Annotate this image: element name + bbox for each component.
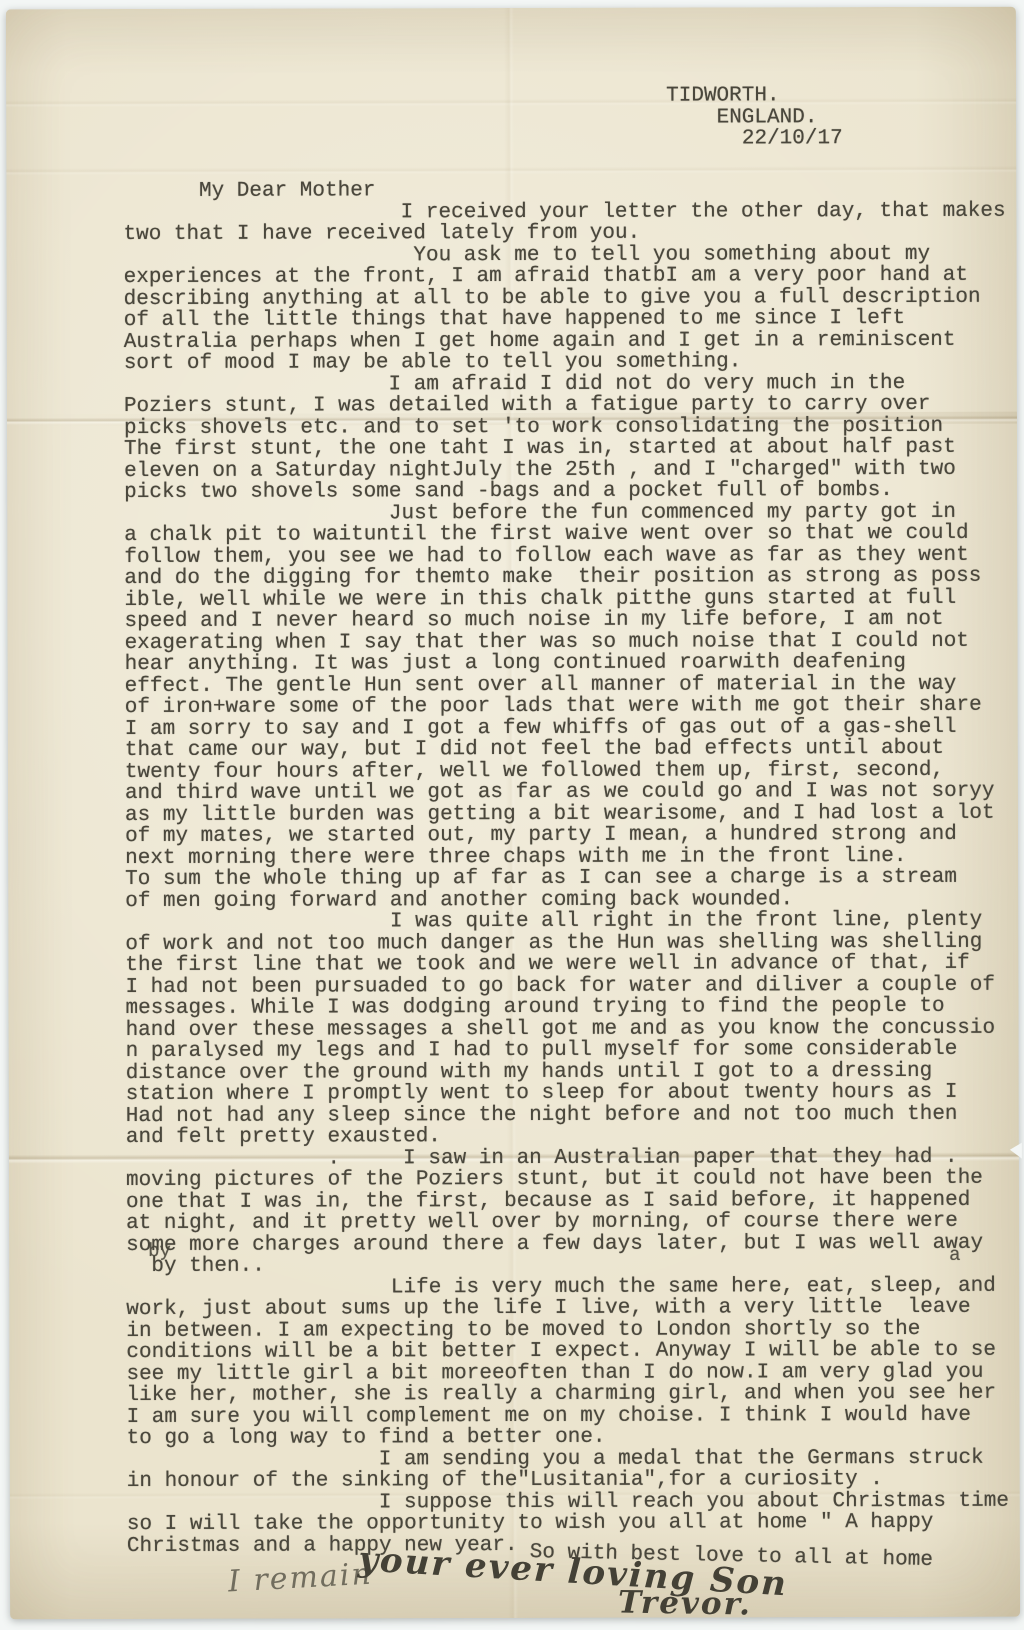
letter-line: by then.. <box>126 1254 1008 1278</box>
letter-line: conditions will be a bit better I expect… <box>126 1340 1008 1364</box>
letter-line: so I will take the opportunity to wish y… <box>127 1512 1009 1536</box>
letter-line: ENGLAND. <box>666 107 842 129</box>
letter-line: of iron+ware some of the poor lads that … <box>125 695 1007 719</box>
correction-by-overtype: by <box>148 1241 171 1263</box>
signature-trevor: Trevor. <box>618 1585 752 1623</box>
letter-line: station where I promptly went to sleep f… <box>126 1082 1008 1106</box>
letter-line: hear anything. It was just a long contin… <box>125 652 1007 676</box>
letter-line: a chalk pit to waituntil the first waive… <box>124 523 1006 547</box>
letter-line: To sum the whole thing up af far as I ca… <box>125 867 1007 891</box>
letter-line: and third wave until we got as far as we… <box>125 781 1007 805</box>
letter-line: and felt pretty exausted. <box>126 1125 1008 1149</box>
letter-line: The first stunt, the one taht I was in, … <box>124 437 1006 461</box>
letter-line: and do the digging for themto make their… <box>124 566 1006 590</box>
fold-crease-upper <box>6 163 1016 178</box>
letter-line: TIDWORTH. <box>666 85 842 107</box>
letter-page: TIDWORTH. ENGLAND. 22/10/17 My Dear Moth… <box>6 7 1020 1620</box>
letter-line: sort of mood I may be able to tell you s… <box>124 351 1006 375</box>
letter-line: Poziers stunt, I was detailed with a fat… <box>124 394 1006 418</box>
letter-line: 22/10/17 <box>666 128 842 150</box>
letter-line: I was quite all right in the front line,… <box>125 910 1007 934</box>
letter-line: at night, and it pretty well over by mor… <box>126 1211 1008 1235</box>
letter-line: My Dear Mother <box>123 179 1005 203</box>
letter-line: Had not had any sleep since the night be… <box>126 1103 1008 1127</box>
letter-line: work, just about sums up the life I live… <box>126 1297 1008 1321</box>
letter-line: two that I have received lately from you… <box>123 222 1005 246</box>
letter-line: in honour of the sinking of the"Lusitani… <box>127 1469 1009 1493</box>
scan-background: { "letter": { "header_lines": [ "TIDWORT… <box>0 0 1024 1630</box>
letter-line: that came our way, but I did not feel th… <box>125 738 1007 762</box>
letter-line: Australia perhaps when I get home again … <box>124 329 1006 353</box>
letter-line: messages. While I was dodging around try… <box>125 996 1007 1020</box>
fold-crease-top <box>6 95 1016 110</box>
letter-line: picks two shovels some sand -bags and a … <box>124 480 1006 504</box>
letter-line: some more charges around there a few day… <box>126 1232 1008 1256</box>
letter-line: I received your letter the other day, th… <box>123 200 1005 224</box>
letter-body: My Dear Mother I received your letter th… <box>123 179 1009 1536</box>
letter-line: n paralysed my legs and I had to pull my… <box>126 1039 1008 1063</box>
letter-line: the first line that we took and we were … <box>125 953 1007 977</box>
correction-a-undertype: a <box>949 1245 960 1267</box>
letter-line: speed and I never heard so much noise in… <box>124 609 1006 633</box>
letter-line: of my mates, we started out, my party I … <box>125 824 1007 848</box>
paper-edge-notch <box>1010 1143 1022 1159</box>
letter-line: like her, mother, she is really a charmi… <box>126 1383 1008 1407</box>
letter-header: TIDWORTH. ENGLAND. 22/10/17 <box>666 85 843 150</box>
letter-line: to go a long way to find a better one. <box>127 1426 1009 1450</box>
letter-line: of all the little things that have happe… <box>124 308 1006 332</box>
letter-line: I am sure you will complement me on my c… <box>127 1404 1009 1428</box>
letter-line: moving pictures of the Poziers stunt, bu… <box>126 1168 1008 1192</box>
signature-i-remain: I remain <box>227 1557 373 1600</box>
letter-line: experiences at the front, I am afraid th… <box>124 265 1006 289</box>
